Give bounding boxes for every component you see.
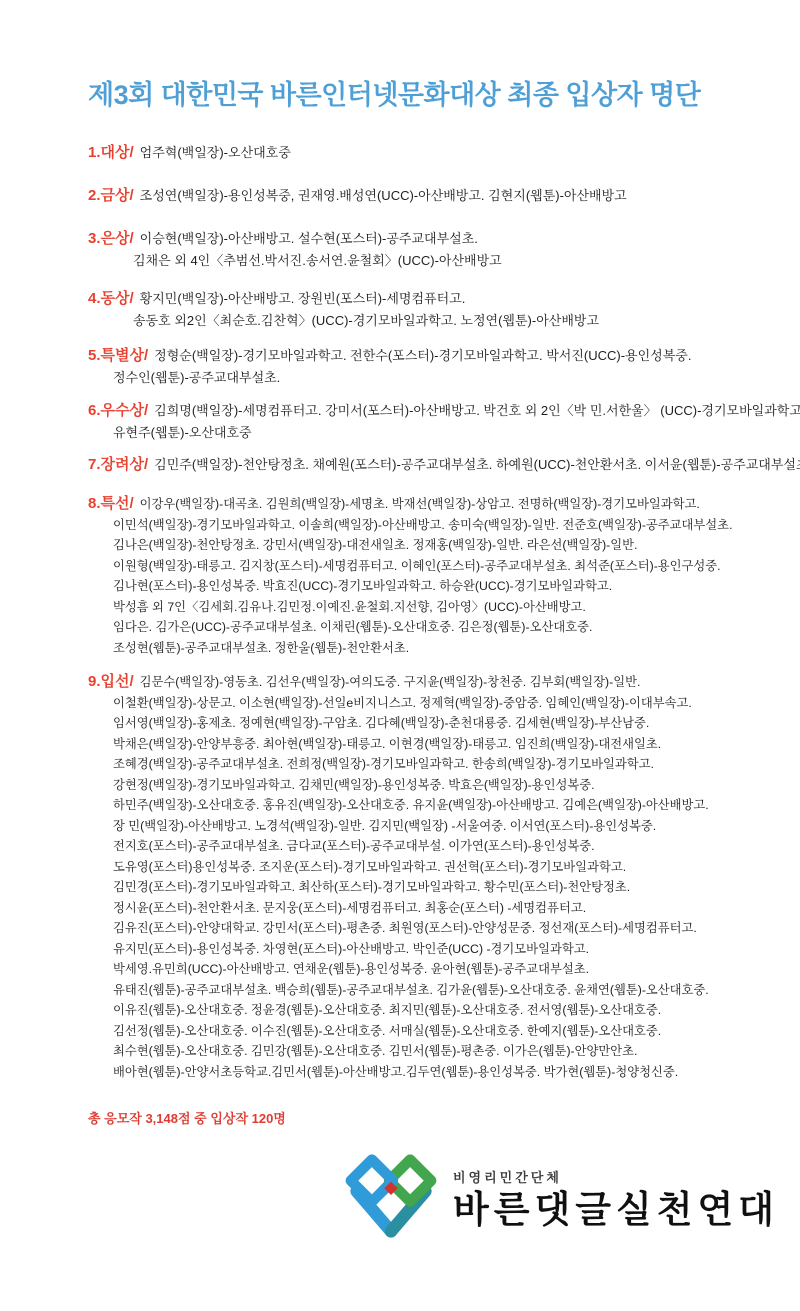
award-winners: 이승현(백일장)-아산배방고. 설수현(포스터)-공주교대부설초.	[140, 231, 478, 246]
award-list-page: 제3회 대한민국 바른인터넷문화대상 최종 입상자 명단 1.대상/엄주혁(백일…	[0, 0, 800, 1311]
section-grand-prize: 1.대상/엄주혁(백일장)-오산대호중	[88, 142, 772, 164]
award-line: 김채은 외 4인〈추범선.박서진.송서연.윤철회〉(UCC)-아산배방고	[133, 250, 772, 272]
page-title: 제3회 대한민국 바른인터넷문화대상 최종 입상자 명단	[88, 73, 772, 112]
award-line: 최수현(웹툰)-오산대호중. 김민강(웹툰)-오산대호중. 김민서(웹툰)-평촌…	[113, 1041, 772, 1062]
award-line: 박성흠 외 7인〈김세회.김유나.김민정.이예진.윤철회.지선향, 김아영〉(U…	[113, 597, 772, 618]
award-line: 유지민(포스터)-용인성복중. 차영현(포스터)-아산배방고. 박인준(UCC)…	[113, 939, 772, 960]
award-line: 유태진(웹툰)-공주교대부설초. 백승희(웹툰)-공주교대부설초. 김가윤(웹툰…	[113, 980, 772, 1001]
award-line: 이원형(백일장)-태릉고. 김지창(포스터)-세명컴퓨터고. 이혜인(포스터)-…	[113, 556, 772, 577]
award-line: 김민경(포스터)-경기모바일과학고. 최산하(포스터)-경기모바일과학고. 황수…	[113, 877, 772, 898]
award-line: 8.특선/이강우(백일장)-대곡초. 김원희(백일장)-세명초. 박재선(백일장…	[88, 494, 772, 515]
award-line: 3.은상/이승현(백일장)-아산배방고. 설수현(포스터)-공주교대부설초.	[88, 228, 772, 250]
award-winners: 김민주(백일장)-천안탕정초. 채예원(포스터)-공주교대부설초. 하예원(UC…	[154, 457, 800, 472]
award-winners: 김문수(백일장)-영동초. 김선우(백일장)-여의도중. 구지윤(백일장)-창천…	[140, 675, 641, 689]
award-label: 3.은상/	[88, 230, 134, 247]
summary-text: 총 응모작 3,148점 중 입상작 120명	[88, 1108, 772, 1127]
award-line: 장 민(백일장)-아산배방고. 노경석(백일장)-일반. 김지민(백일장) -서…	[113, 816, 772, 837]
section-bronze-prize: 4.동상/황지민(백일장)-아산배방고. 장원빈(포스터)-세명컴퓨터고. 송동…	[88, 288, 772, 332]
award-line: 임다은. 김가은(UCC)-공주교대부설초. 이채린(웹툰)-오산대호중. 김은…	[113, 617, 772, 638]
award-line: 4.동상/황지민(백일장)-아산배방고. 장원빈(포스터)-세명컴퓨터고.	[88, 288, 772, 310]
award-line: 박세영.유민희(UCC)-아산배방고. 연채운(웹툰)-용인성복중. 윤아현(웹…	[113, 959, 772, 980]
section-encouragement-prize: 7.장려상/김민주(백일장)-천안탕정초. 채예원(포스터)-공주교대부설초. …	[88, 454, 772, 476]
award-line: 조혜경(백일장)-공주교대부설초. 전희정(백일장)-경기모바일과학고. 한송희…	[113, 754, 772, 775]
award-line: 도유영(포스터)용인성복중. 조지운(포스터)-경기모바일과학고. 권선혁(포스…	[113, 857, 772, 878]
award-winners: 정형순(백일장)-경기모바일과학고. 전한수(포스터)-경기모바일과학고. 박서…	[154, 348, 691, 363]
award-line: 5.특별상/정형순(백일장)-경기모바일과학고. 전한수(포스터)-경기모바일과…	[88, 345, 772, 367]
award-line: 이철환(백일장)-상문고. 이소현(백일장)-선일e비지니스고. 정제혁(백일장…	[113, 693, 772, 714]
award-line: 김나은(백일장)-천안탕정초. 강민서(백일장)-대전새일초. 정재홍(백일장)…	[113, 535, 772, 556]
org-name: 바른댓글실천연대	[453, 1191, 779, 1228]
award-label: 9.입선/	[88, 673, 134, 690]
section-gold-prize: 2.금상/조성연(백일장)-용인성복중, 권재영.배성연(UCC)-아산배방고.…	[88, 185, 772, 207]
heart-ribbon-icon	[343, 1151, 439, 1244]
award-line: 조성현(웹툰)-공주교대부설초. 정한울(웹툰)-천안환서초.	[113, 638, 772, 659]
award-line: 김유진(포스터)-안양대학교. 강민서(포스터)-평촌중. 최원영(포스터)-안…	[113, 918, 772, 939]
award-line: 정수인(웹툰)-공주교대부설초.	[113, 367, 772, 389]
award-line: 송동호 외2인〈최순호.김찬혁〉(UCC)-경기모바일과학고. 노정연(웹툰)-…	[133, 310, 772, 332]
org-tagline: 비영리민간단체	[453, 1167, 779, 1186]
section-special-prize: 5.특별상/정형순(백일장)-경기모바일과학고. 전한수(포스터)-경기모바일과…	[88, 345, 772, 389]
award-line: 2.금상/조성연(백일장)-용인성복중, 권재영.배성연(UCC)-아산배방고.…	[88, 185, 772, 207]
award-line: 7.장려상/김민주(백일장)-천안탕정초. 채예원(포스터)-공주교대부설초. …	[88, 454, 772, 476]
section-honorable-mention: 9.입선/김문수(백일장)-영동초. 김선우(백일장)-여의도중. 구지윤(백일…	[88, 672, 772, 1082]
award-line: 전지호(포스터)-공주교대부설초. 금다교(포스터)-공주교대부설. 이가연(포…	[113, 836, 772, 857]
award-winners: 조성연(백일장)-용인성복중, 권재영.배성연(UCC)-아산배방고. 김현지(…	[140, 188, 627, 203]
award-line: 김선정(웹툰)-오산대호중. 이수진(웹툰)-오산대호중. 서매실(웹툰)-오산…	[113, 1021, 772, 1042]
award-line: 박채은(백일장)-안양부흥중. 최아현(백일장)-태릉고. 이현경(백일장)-태…	[113, 734, 772, 755]
section-excellence-prize: 6.우수상/김희명(백일장)-세명컴퓨터고. 강미서(포스터)-아산배방고. 박…	[88, 400, 772, 444]
award-line: 강현정(백일장)-경기모바일과학고. 김채민(백일장)-용인성복중. 박효은(백…	[113, 775, 772, 796]
org-logo: 비영리민간단체 바른댓글실천연대	[343, 1151, 772, 1244]
award-line: 1.대상/엄주혁(백일장)-오산대호중	[88, 142, 772, 164]
award-label: 6.우수상/	[88, 402, 148, 419]
award-line: 배아현(웹툰)-안양서초등학교.김민서(웹툰)-아산배방고.김두연(웹툰)-용인…	[113, 1062, 772, 1083]
award-winners: 김희명(백일장)-세명컴퓨터고. 강미서(포스터)-아산배방고. 박건호 외 2…	[154, 403, 800, 418]
award-line: 임서영(백일장)-홍제초. 정예현(백일장)-구암초. 김다혜(백일장)-춘천대…	[113, 713, 772, 734]
section-silver-prize: 3.은상/이승현(백일장)-아산배방고. 설수현(포스터)-공주교대부설초. 김…	[88, 228, 772, 272]
award-line: 9.입선/김문수(백일장)-영동초. 김선우(백일장)-여의도중. 구지윤(백일…	[88, 672, 772, 693]
award-label: 4.동상/	[88, 290, 134, 307]
award-winners: 황지민(백일장)-아산배방고. 장원빈(포스터)-세명컴퓨터고.	[140, 291, 466, 306]
award-label: 8.특선/	[88, 495, 134, 512]
award-line: 하민주(백일장)-오산대호중. 홍유진(백일장)-오산대호중. 유지윤(백일장)…	[113, 795, 772, 816]
section-highly-commended: 8.특선/이강우(백일장)-대곡초. 김원희(백일장)-세명초. 박재선(백일장…	[88, 494, 772, 658]
award-line: 김나현(포스터)-용인성복중. 박효진(UCC)-경기모바일과학고. 하승완(U…	[113, 576, 772, 597]
award-winners: 이강우(백일장)-대곡초. 김원희(백일장)-세명초. 박재선(백일장)-상암고…	[140, 497, 700, 511]
award-label: 5.특별상/	[88, 347, 148, 364]
award-label: 7.장려상/	[88, 456, 148, 473]
award-label: 1.대상/	[88, 144, 134, 161]
award-label: 2.금상/	[88, 187, 134, 204]
award-line: 정시윤(포스터)-천안환서초. 문지웅(포스터)-세명컴퓨터고. 최홍순(포스터…	[113, 898, 772, 919]
award-line: 이민석(백일장)-경기모바일과학고. 이솔희(백일장)-아산배방고. 송미숙(백…	[113, 515, 772, 536]
award-line: 유현주(웹툰)-오산대호중	[113, 422, 772, 444]
award-line: 6.우수상/김희명(백일장)-세명컴퓨터고. 강미서(포스터)-아산배방고. 박…	[88, 400, 772, 422]
award-line: 이유진(웹툰)-오산대호중. 정윤경(웹툰)-오산대호중. 최지민(웹툰)-오산…	[113, 1000, 772, 1021]
award-winners: 엄주혁(백일장)-오산대호중	[140, 145, 291, 160]
